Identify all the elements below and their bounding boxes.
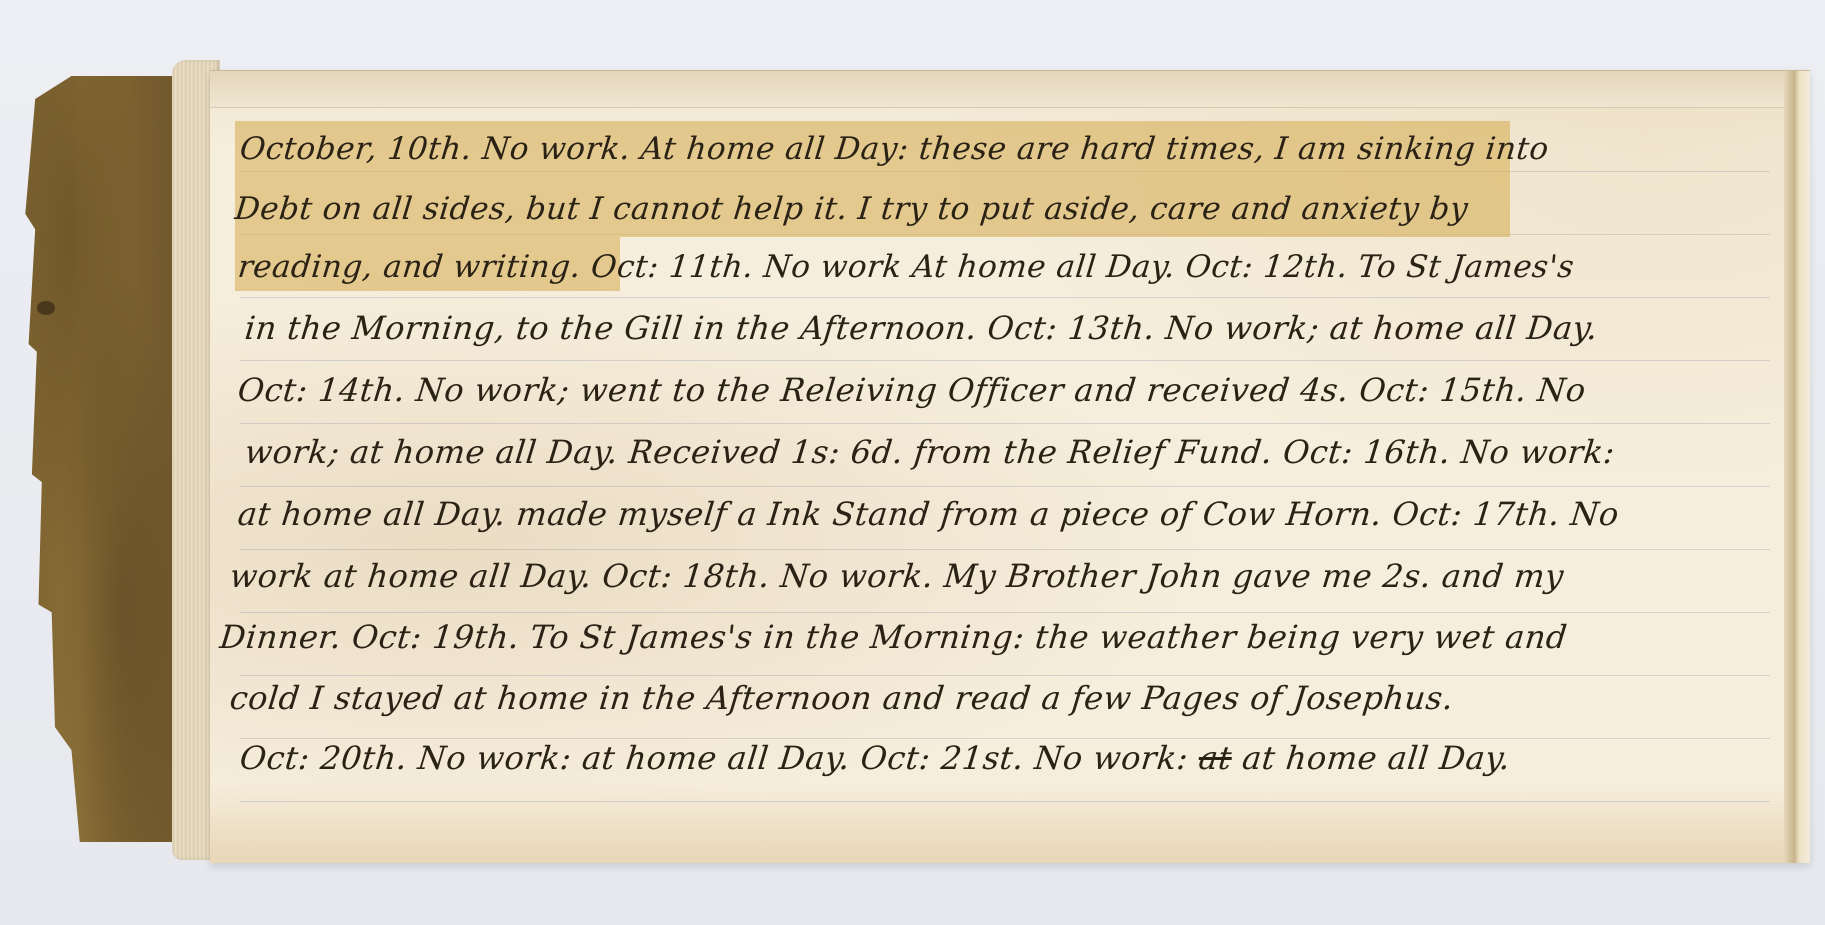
line-text: Oct: 11th. No work At home all Day. Oct:… [579,249,1576,285]
diary-line: cold I stayed at home in the Afternoon a… [228,679,1455,717]
diary-page: October, 10th. No work. At home all Day:… [210,70,1810,863]
diary-line: Oct: 20th. No work: at home all Day. Oct… [238,739,1512,777]
diary-line: Oct: 14th. No work; went to the Releivin… [236,371,1588,409]
line-text: at home all Day. [1230,739,1513,777]
diary-line: work at home all Day. Oct: 18th. No work… [228,557,1566,595]
diary-line: in the Morning, to the Gill in the After… [243,309,1600,347]
struck-text: at [1197,739,1234,777]
diary-line: Debt on all sides, but I cannot help it.… [233,191,1470,227]
diary-line: Dinner. Oct: 19th. To St James's in the … [218,618,1569,656]
highlighted-text: reading, and writing. [236,249,583,285]
stain [37,301,55,315]
line-text: Oct: 20th. No work: at home all Day. Oct… [238,739,1201,777]
diary-line: at home all Day. made myself a Ink Stand… [236,495,1621,533]
diary-line: work; at home all Day. Received 1s: 6d. … [243,433,1617,471]
diary-line: October, 10th. No work. At home all Day:… [238,131,1550,167]
book-cover-flap [22,76,187,842]
diary-line: reading, and writing. Oct: 11th. No work… [236,249,1576,285]
book-gutter [1784,71,1810,863]
